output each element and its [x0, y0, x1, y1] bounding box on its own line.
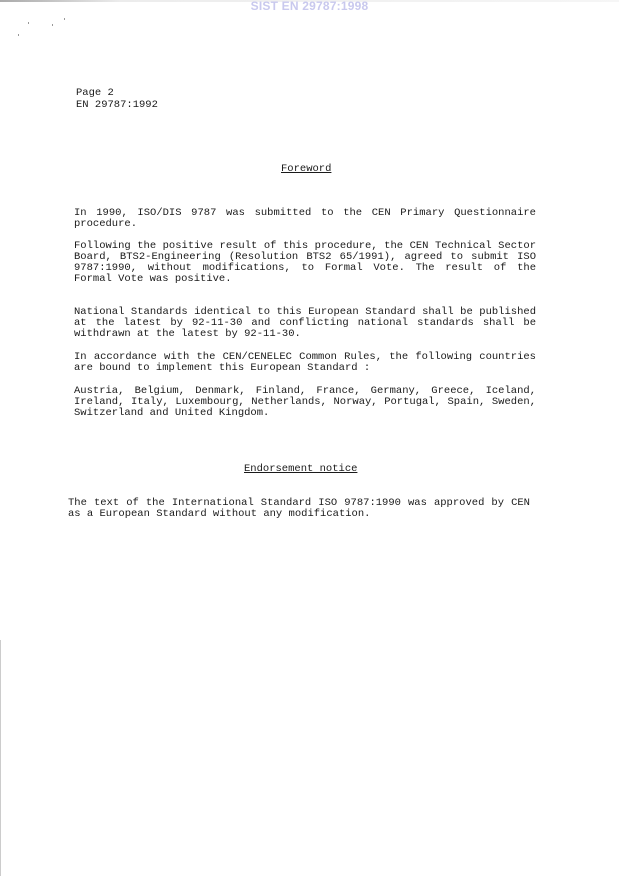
endorsement-text: The text of the International Standard I… [68, 498, 530, 520]
foreword-paragraph-3: National Standards identical to this Eur… [74, 307, 536, 340]
document-id: EN 29787:1992 [76, 99, 158, 111]
scan-speck [52, 24, 53, 26]
scan-left-edge [0, 640, 1, 876]
page-header: Page 2 EN 29787:1992 [76, 87, 158, 111]
foreword-heading: Foreword [281, 163, 331, 175]
scan-speck [18, 34, 19, 36]
foreword-paragraph-2: Following the positive result of this pr… [74, 241, 536, 285]
scan-speck [64, 18, 65, 20]
foreword-paragraph-5: Austria, Belgium, Denmark, Finland, Fran… [74, 386, 536, 419]
foreword-paragraph-1: In 1990, ISO/DIS 9787 was submitted to t… [74, 208, 536, 230]
scan-speck [28, 22, 29, 24]
endorsement-heading: Endorsement notice [244, 463, 357, 475]
watermark: SIST EN 29787:1998 [0, 0, 619, 13]
page-number: Page 2 [76, 87, 158, 99]
foreword-paragraph-4: In accordance with the CEN/CENELEC Commo… [74, 352, 536, 374]
